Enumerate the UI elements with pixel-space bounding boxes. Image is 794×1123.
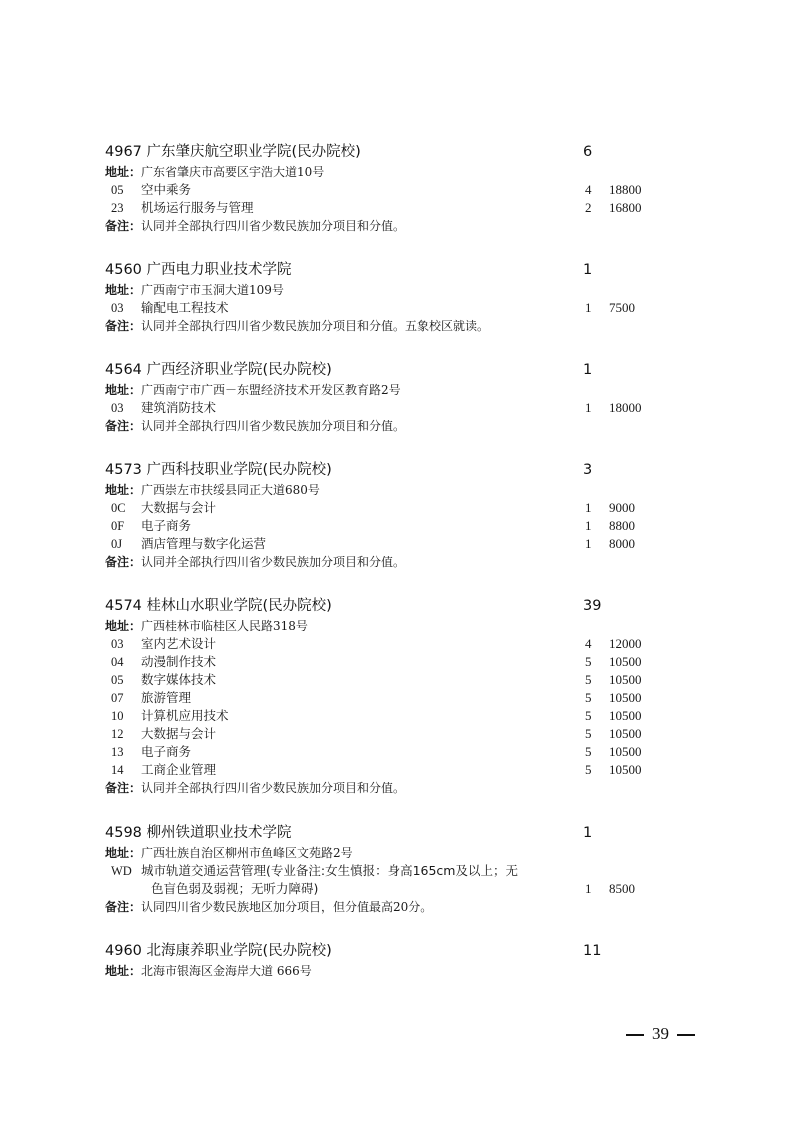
major-plan-count: 1: [585, 399, 592, 417]
major-plan-count: 5: [585, 653, 592, 671]
note-text: 认同并全部执行四川省少数民族加分项目和分值。: [141, 781, 405, 795]
school-count: 39: [583, 595, 601, 617]
address-label: 地址：: [105, 619, 141, 633]
major-fee: 10500: [609, 689, 642, 707]
major-name: 室内艺术设计: [141, 636, 216, 651]
note-label: 备注：: [105, 219, 141, 233]
major-name: 大数据与会计: [141, 500, 216, 515]
major-fee: 8500: [609, 880, 635, 898]
major-row: 23 机场运行服务与管理 2 16800: [105, 199, 665, 217]
major-name: 空中乘务: [141, 182, 191, 197]
school-block-4573: 4573 广西科技职业学院(民办院校) 3 地址：广西崇左市扶绥县同正大道680…: [105, 459, 665, 571]
major-fee: 18800: [609, 181, 642, 199]
school-code: 4573: [105, 462, 142, 478]
major-row: 03 室内艺术设计 4 12000: [105, 635, 665, 653]
major-code: 03: [105, 399, 137, 417]
note-label: 备注：: [105, 555, 141, 569]
school-block-4574: 4574 桂林山水职业学院(民办院校) 39 地址：广西桂林市临桂区人民路318…: [105, 595, 665, 797]
major-fee: 10500: [609, 725, 642, 743]
major-row: WD 城市轨道交通运营管理(专业备注:女生慎报：身高165cm及以上；无 色盲色…: [105, 862, 665, 898]
major-row: 13 电子商务 5 10500: [105, 743, 665, 761]
major-plan-count: 1: [585, 499, 592, 517]
address-text: 广西壮族自治区柳州市鱼峰区文苑路2号: [141, 846, 353, 860]
school-note: 备注：认同并全部执行四川省少数民族加分项目和分值。: [105, 417, 665, 435]
major-name-continued: 色盲色弱及弱视；无听力障碍): [151, 880, 318, 898]
major-row: 05 空中乘务 4 18800: [105, 181, 665, 199]
major-plan-count: 5: [585, 743, 592, 761]
major-fee: 8800: [609, 517, 635, 535]
major-name: 城市轨道交通运营管理(专业备注:女生慎报：身高165cm及以上；无: [141, 863, 518, 878]
address-text: 广西桂林市临桂区人民路318号: [141, 619, 308, 633]
major-code: 14: [105, 761, 137, 779]
school-note: 备注：认同四川省少数民族地区加分项目，但分值最高20分。: [105, 898, 665, 916]
major-plan-count: 4: [585, 181, 592, 199]
major-code: 10: [105, 707, 137, 725]
major-name: 电子商务: [141, 744, 191, 759]
school-note: 备注：认同并全部执行四川省少数民族加分项目和分值。五象校区就读。: [105, 317, 665, 335]
school-code: 4574: [105, 598, 142, 614]
major-code: 0C: [105, 499, 137, 517]
major-fee: 10500: [609, 743, 642, 761]
note-text: 认同四川省少数民族地区加分项目，但分值最高20分。: [141, 900, 432, 914]
major-code: WD: [105, 862, 137, 880]
address-text: 广西南宁市玉洞大道109号: [141, 283, 284, 297]
note-label: 备注：: [105, 419, 141, 433]
major-name: 大数据与会计: [141, 726, 216, 741]
school-title: 4564 广西经济职业学院(民办院校) 1: [105, 359, 665, 381]
address-text: 广东省肇庆市高要区宇浩大道10号: [141, 165, 324, 179]
major-code: 0F: [105, 517, 137, 535]
address-text: 北海市银海区金海岸大道 666号: [141, 964, 312, 978]
school-title: 4967 广东肇庆航空职业学院(民办院校) 6: [105, 141, 665, 163]
major-name: 酒店管理与数字化运营: [141, 536, 266, 551]
school-block-4560: 4560 广西电力职业技术学院 1 地址：广西南宁市玉洞大道109号 03 输配…: [105, 259, 665, 335]
school-name: 广西科技职业学院(民办院校): [147, 462, 332, 478]
address-text: 广西南宁市广西－东盟经济技术开发区教育路2号: [141, 383, 401, 397]
major-row: 0F 电子商务 1 8800: [105, 517, 665, 535]
major-name: 工商企业管理: [141, 762, 216, 777]
address-label: 地址：: [105, 964, 141, 978]
school-address: 地址：广东省肇庆市高要区宇浩大道10号: [105, 163, 665, 181]
major-code: 04: [105, 653, 137, 671]
major-plan-count: 5: [585, 761, 592, 779]
major-plan-count: 1: [585, 535, 592, 553]
major-fee: 10500: [609, 761, 642, 779]
school-count: 3: [583, 459, 592, 481]
major-code: 13: [105, 743, 137, 761]
major-plan-count: 4: [585, 635, 592, 653]
school-count: 1: [583, 259, 592, 281]
major-fee: 12000: [609, 635, 642, 653]
note-label: 备注：: [105, 319, 141, 333]
school-note: 备注：认同并全部执行四川省少数民族加分项目和分值。: [105, 217, 665, 235]
school-address: 地址：广西南宁市广西－东盟经济技术开发区教育路2号: [105, 381, 665, 399]
school-note: 备注：认同并全部执行四川省少数民族加分项目和分值。: [105, 553, 665, 571]
school-address: 地址：北海市银海区金海岸大道 666号: [105, 962, 665, 980]
note-label: 备注：: [105, 900, 141, 914]
address-label: 地址：: [105, 383, 141, 397]
address-label: 地址：: [105, 283, 141, 297]
school-code: 4960: [105, 943, 142, 959]
major-code: 12: [105, 725, 137, 743]
major-fee: 16800: [609, 199, 642, 217]
address-text: 广西崇左市扶绥县同正大道680号: [141, 483, 320, 497]
major-name: 动漫制作技术: [141, 654, 216, 669]
major-name: 机场运行服务与管理: [141, 200, 254, 215]
school-name: 广东肇庆航空职业学院(民办院校): [147, 144, 361, 160]
major-code: 05: [105, 671, 137, 689]
school-title: 4598 柳州铁道职业技术学院 1: [105, 822, 665, 844]
school-block-4967: 4967 广东肇庆航空职业学院(民办院校) 6 地址：广东省肇庆市高要区宇浩大道…: [105, 141, 665, 235]
page-number: 39: [618, 1024, 703, 1044]
major-fee: 10500: [609, 671, 642, 689]
major-name: 计算机应用技术: [141, 708, 229, 723]
school-name: 桂林山水职业学院(民办院校): [147, 598, 332, 614]
major-name: 建筑消防技术: [141, 400, 216, 415]
school-count: 11: [583, 940, 601, 962]
document-page: 4967 广东肇庆航空职业学院(民办院校) 6 地址：广东省肇庆市高要区宇浩大道…: [0, 0, 794, 1123]
school-count: 1: [583, 822, 592, 844]
school-title: 4960 北海康养职业学院(民办院校) 11: [105, 940, 665, 962]
school-name: 北海康养职业学院(民办院校): [147, 943, 332, 959]
major-plan-count: 1: [585, 517, 592, 535]
major-name: 数字媒体技术: [141, 672, 216, 687]
major-row: 10 计算机应用技术 5 10500: [105, 707, 665, 725]
major-code: 0J: [105, 535, 137, 553]
major-row: 07 旅游管理 5 10500: [105, 689, 665, 707]
address-label: 地址：: [105, 483, 141, 497]
major-fee: 7500: [609, 299, 635, 317]
major-code: 07: [105, 689, 137, 707]
school-address: 地址：广西壮族自治区柳州市鱼峰区文苑路2号: [105, 844, 665, 862]
school-block-4564: 4564 广西经济职业学院(民办院校) 1 地址：广西南宁市广西－东盟经济技术开…: [105, 359, 665, 435]
school-code: 4967: [105, 144, 142, 160]
major-row: 04 动漫制作技术 5 10500: [105, 653, 665, 671]
major-code: 03: [105, 635, 137, 653]
note-text: 认同并全部执行四川省少数民族加分项目和分值。: [141, 555, 405, 569]
dash-right: [677, 1034, 695, 1036]
school-name: 广西电力职业技术学院: [147, 262, 292, 278]
major-plan-count: 5: [585, 671, 592, 689]
note-text: 认同并全部执行四川省少数民族加分项目和分值。: [141, 419, 405, 433]
school-address: 地址：广西桂林市临桂区人民路318号: [105, 617, 665, 635]
address-label: 地址：: [105, 846, 141, 860]
note-text: 认同并全部执行四川省少数民族加分项目和分值。: [141, 219, 405, 233]
major-code: 03: [105, 299, 137, 317]
major-fee: 9000: [609, 499, 635, 517]
school-code: 4564: [105, 362, 142, 378]
school-count: 1: [583, 359, 592, 381]
school-address: 地址：广西南宁市玉洞大道109号: [105, 281, 665, 299]
major-code: 05: [105, 181, 137, 199]
note-label: 备注：: [105, 781, 141, 795]
major-row: 12 大数据与会计 5 10500: [105, 725, 665, 743]
school-name: 柳州铁道职业技术学院: [147, 825, 292, 841]
major-fee: 10500: [609, 707, 642, 725]
major-row: 03 输配电工程技术 1 7500: [105, 299, 665, 317]
major-name: 旅游管理: [141, 690, 191, 705]
major-plan-count: 1: [585, 299, 592, 317]
major-plan-count: 1: [585, 880, 592, 898]
major-fee: 8000: [609, 535, 635, 553]
major-row: 0C 大数据与会计 1 9000: [105, 499, 665, 517]
school-address: 地址：广西崇左市扶绥县同正大道680号: [105, 481, 665, 499]
school-title: 4560 广西电力职业技术学院 1: [105, 259, 665, 281]
major-plan-count: 5: [585, 707, 592, 725]
school-count: 6: [583, 141, 592, 163]
major-plan-count: 5: [585, 689, 592, 707]
major-row: 03 建筑消防技术 1 18000: [105, 399, 665, 417]
major-row: 05 数字媒体技术 5 10500: [105, 671, 665, 689]
major-row: 14 工商企业管理 5 10500: [105, 761, 665, 779]
school-block-4598: 4598 柳州铁道职业技术学院 1 地址：广西壮族自治区柳州市鱼峰区文苑路2号 …: [105, 822, 665, 916]
school-note: 备注：认同并全部执行四川省少数民族加分项目和分值。: [105, 779, 665, 797]
major-fee: 10500: [609, 653, 642, 671]
school-title: 4574 桂林山水职业学院(民办院校) 39: [105, 595, 665, 617]
page-number-text: 39: [652, 1024, 669, 1043]
major-plan-count: 2: [585, 199, 592, 217]
major-fee: 18000: [609, 399, 642, 417]
major-name: 输配电工程技术: [141, 300, 229, 315]
school-name: 广西经济职业学院(民办院校): [147, 362, 332, 378]
major-code: 23: [105, 199, 137, 217]
major-row: 0J 酒店管理与数字化运营 1 8000: [105, 535, 665, 553]
note-text: 认同并全部执行四川省少数民族加分项目和分值。五象校区就读。: [141, 319, 489, 333]
dash-left: [626, 1034, 644, 1036]
major-plan-count: 5: [585, 725, 592, 743]
school-code: 4598: [105, 825, 142, 841]
school-block-4960: 4960 北海康养职业学院(民办院校) 11 地址：北海市银海区金海岸大道 66…: [105, 940, 665, 980]
major-name: 电子商务: [141, 518, 191, 533]
school-code: 4560: [105, 262, 142, 278]
address-label: 地址：: [105, 165, 141, 179]
school-title: 4573 广西科技职业学院(民办院校) 3: [105, 459, 665, 481]
